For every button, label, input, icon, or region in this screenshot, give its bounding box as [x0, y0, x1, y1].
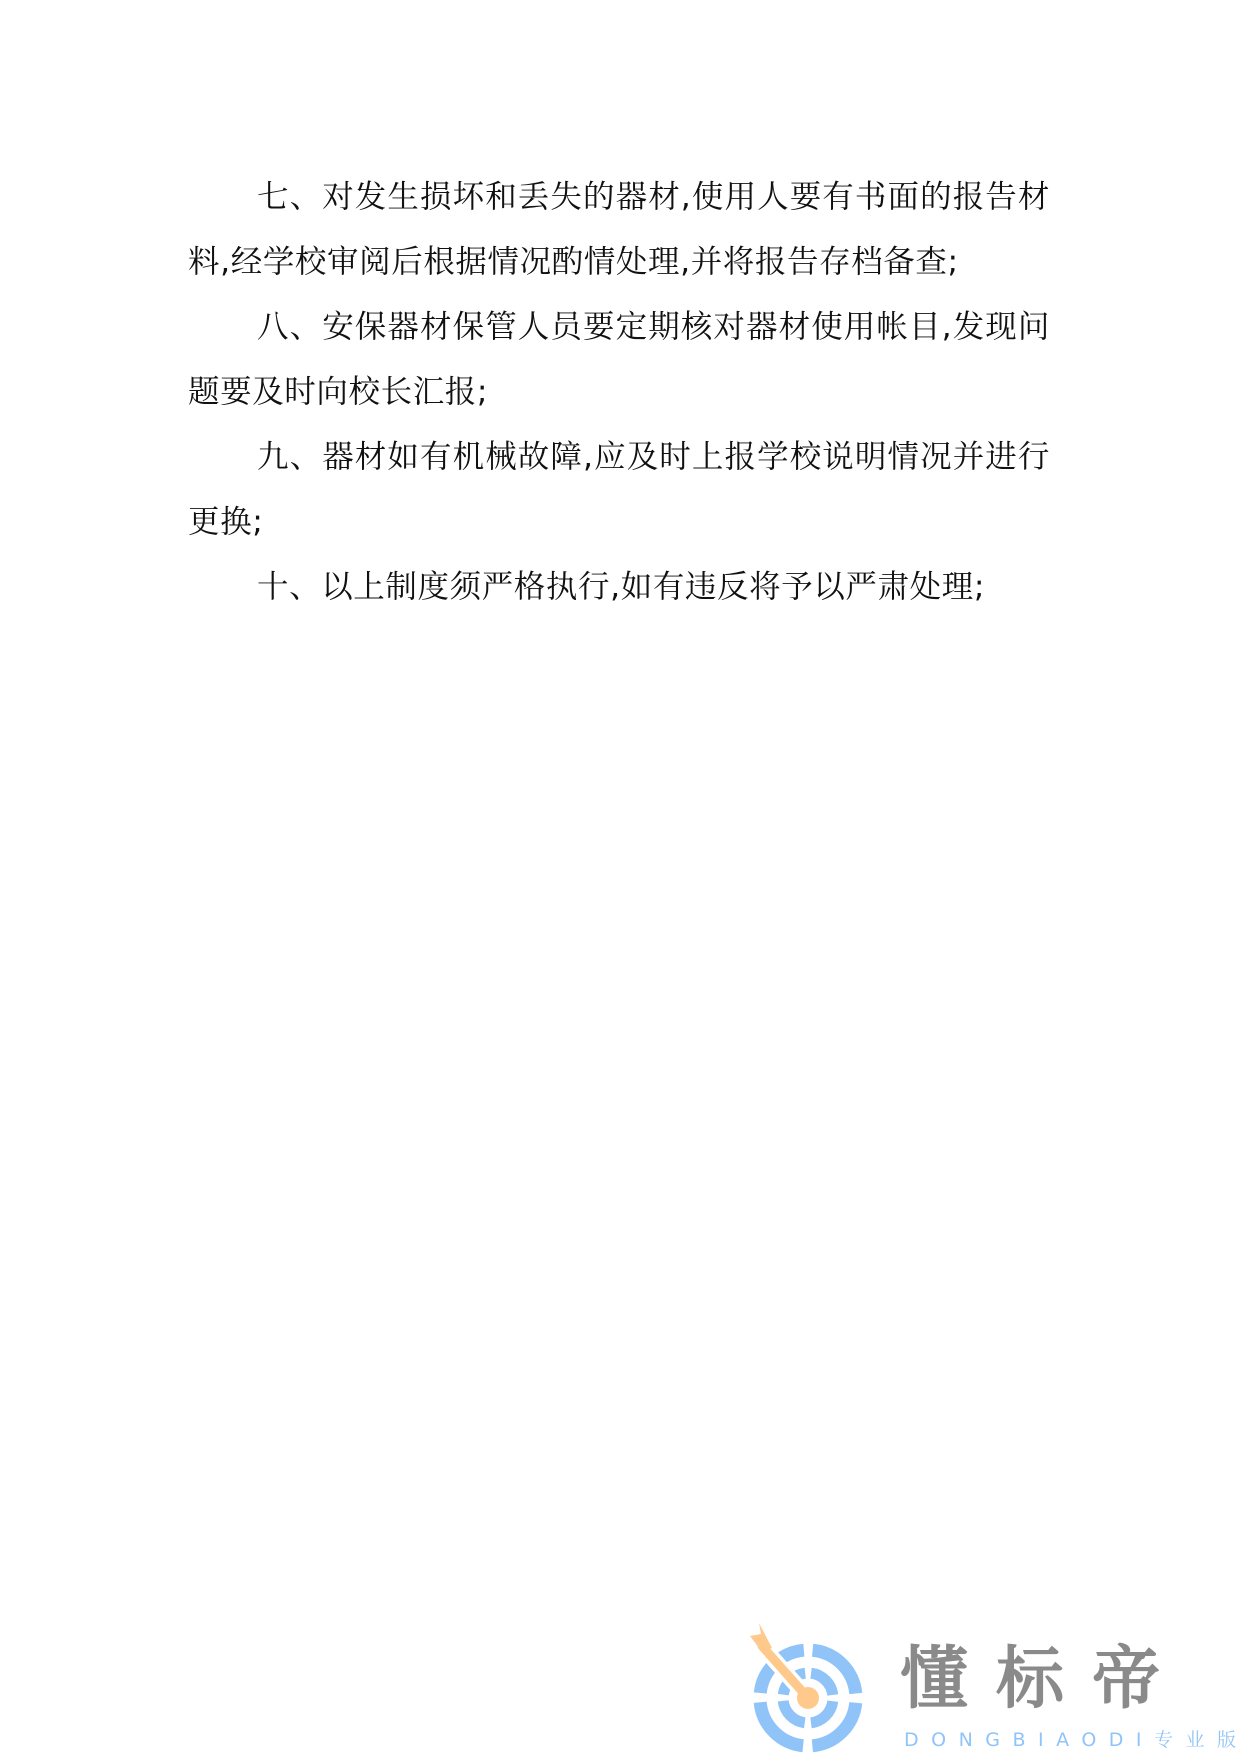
- watermark-title: 懂标帝: [900, 1644, 1188, 1716]
- target-arrow-icon: [744, 1622, 874, 1754]
- watermark-logo: 懂标帝 DONGBIAODI专业版: [744, 1622, 1241, 1754]
- paragraph-item-8: 八、安保器材保管人员要定期核对器材使用帐目,发现问题要及时向校长汇报;: [188, 295, 1050, 425]
- paragraph-item-9: 九、器材如有机械故障,应及时上报学校说明情况并进行更换;: [188, 425, 1050, 555]
- paragraph-item-10: 十、以上制度须严格执行,如有违反将予以严肃处理;: [188, 555, 1050, 620]
- watermark-subtitle: DONGBIAODI专业版: [904, 1728, 1241, 1752]
- document-page: 七、对发生损坏和丢失的器材,使用人要有书面的报告材料,经学校审阅后根据情况酌情处…: [0, 0, 1241, 1754]
- paragraph-item-7: 七、对发生损坏和丢失的器材,使用人要有书面的报告材料,经学校审阅后根据情况酌情处…: [188, 165, 1050, 295]
